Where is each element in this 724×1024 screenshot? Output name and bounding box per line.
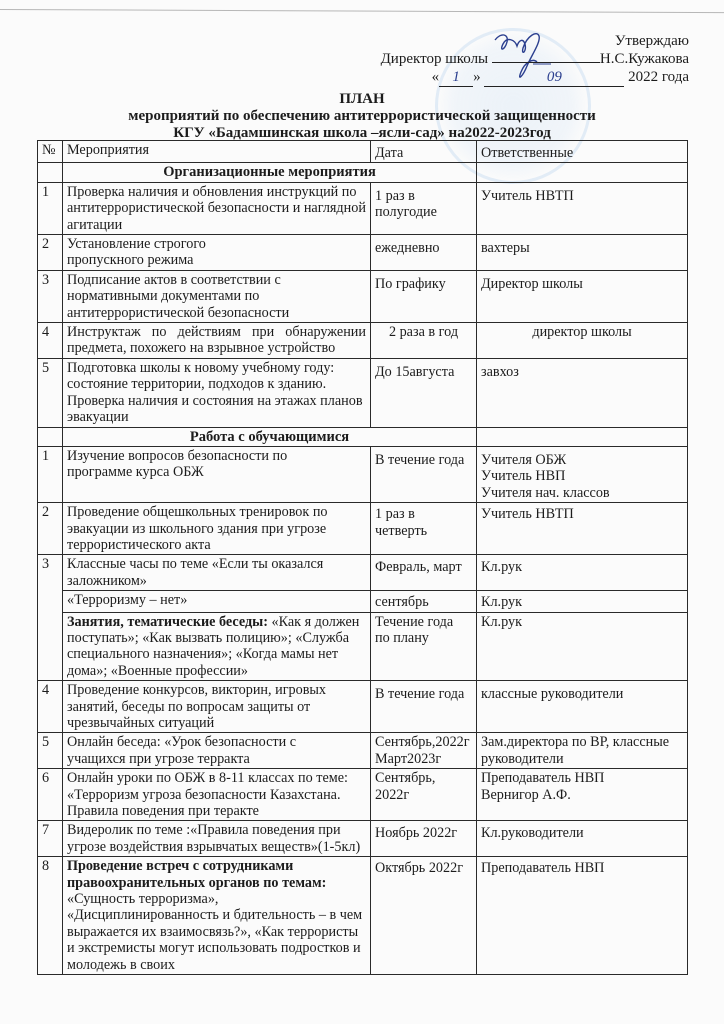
- date-line: «1» 09 2022 года: [381, 68, 689, 87]
- director-name: Н.С.Кужакова: [600, 51, 689, 67]
- header-responsible: Ответственные: [477, 141, 688, 163]
- header-num: №: [38, 141, 63, 163]
- table-row: Занятия, тематические беседы: «Как я дол…: [38, 612, 688, 681]
- section-row: Работа с обучающимися: [38, 427, 688, 446]
- section-title: Работа с обучающимися: [63, 427, 477, 446]
- table-header-row: № Мероприятия Дата Ответственные: [38, 141, 688, 163]
- signature-blank: [492, 62, 600, 63]
- table-row: 8 Проведение встреч с сотрудниками право…: [38, 857, 688, 975]
- table-row: 4 Проведение конкурсов, викторин, игровы…: [38, 681, 688, 733]
- section-row: Организационные мероприятия: [38, 163, 688, 182]
- table-row: 7 Видеролик по теме :«Правила поведения …: [38, 821, 688, 857]
- scan-edge-line: [0, 9, 724, 13]
- date-month: 09: [484, 68, 624, 87]
- table-row: 1 Проверка наличия и обновления инструкц…: [38, 182, 688, 234]
- doc-title: ПЛАН: [0, 91, 724, 108]
- director-line: Директор школы Н.С.Кужакова: [381, 50, 689, 68]
- table-row: 5 Подготовка школы к новому учебному год…: [38, 358, 688, 427]
- director-label: Директор школы: [381, 51, 489, 67]
- table-row: 3 Классные часы по теме «Если ты оказалс…: [38, 555, 688, 591]
- table-row: 4 Инструктаж по действиям при обнаружени…: [38, 323, 688, 359]
- plan-table: № Мероприятия Дата Ответственные Организ…: [37, 140, 688, 975]
- header-date: Дата: [371, 141, 477, 163]
- table-row: 6 Онлайн уроки по ОБЖ в 8-11 классах по …: [38, 769, 688, 821]
- table-row: 2 Установление строгого пропускного режи…: [38, 235, 688, 271]
- table-row: «Терроризму – нет» сентябрь Кл.рук: [38, 591, 688, 612]
- approve-word: Утверждаю: [381, 32, 689, 50]
- table-row: 1 Изучение вопросов безопасности по прог…: [38, 446, 688, 502]
- table-row: 2 Проведение общешкольных тренировок по …: [38, 503, 688, 555]
- approval-block: Утверждаю Директор школы Н.С.Кужакова «1…: [381, 32, 689, 87]
- table-row: 3 Подписание актов в соответствии с норм…: [38, 270, 688, 322]
- doc-subtitle: мероприятий по обеспечению антитеррорист…: [0, 108, 724, 125]
- section-title: Организационные мероприятия: [63, 163, 477, 182]
- header-event: Мероприятия: [63, 141, 371, 163]
- date-year: 2022 года: [628, 69, 689, 85]
- date-day: 1: [439, 68, 473, 87]
- table-row: 5 Онлайн беседа: «Урок безопасности с уч…: [38, 733, 688, 769]
